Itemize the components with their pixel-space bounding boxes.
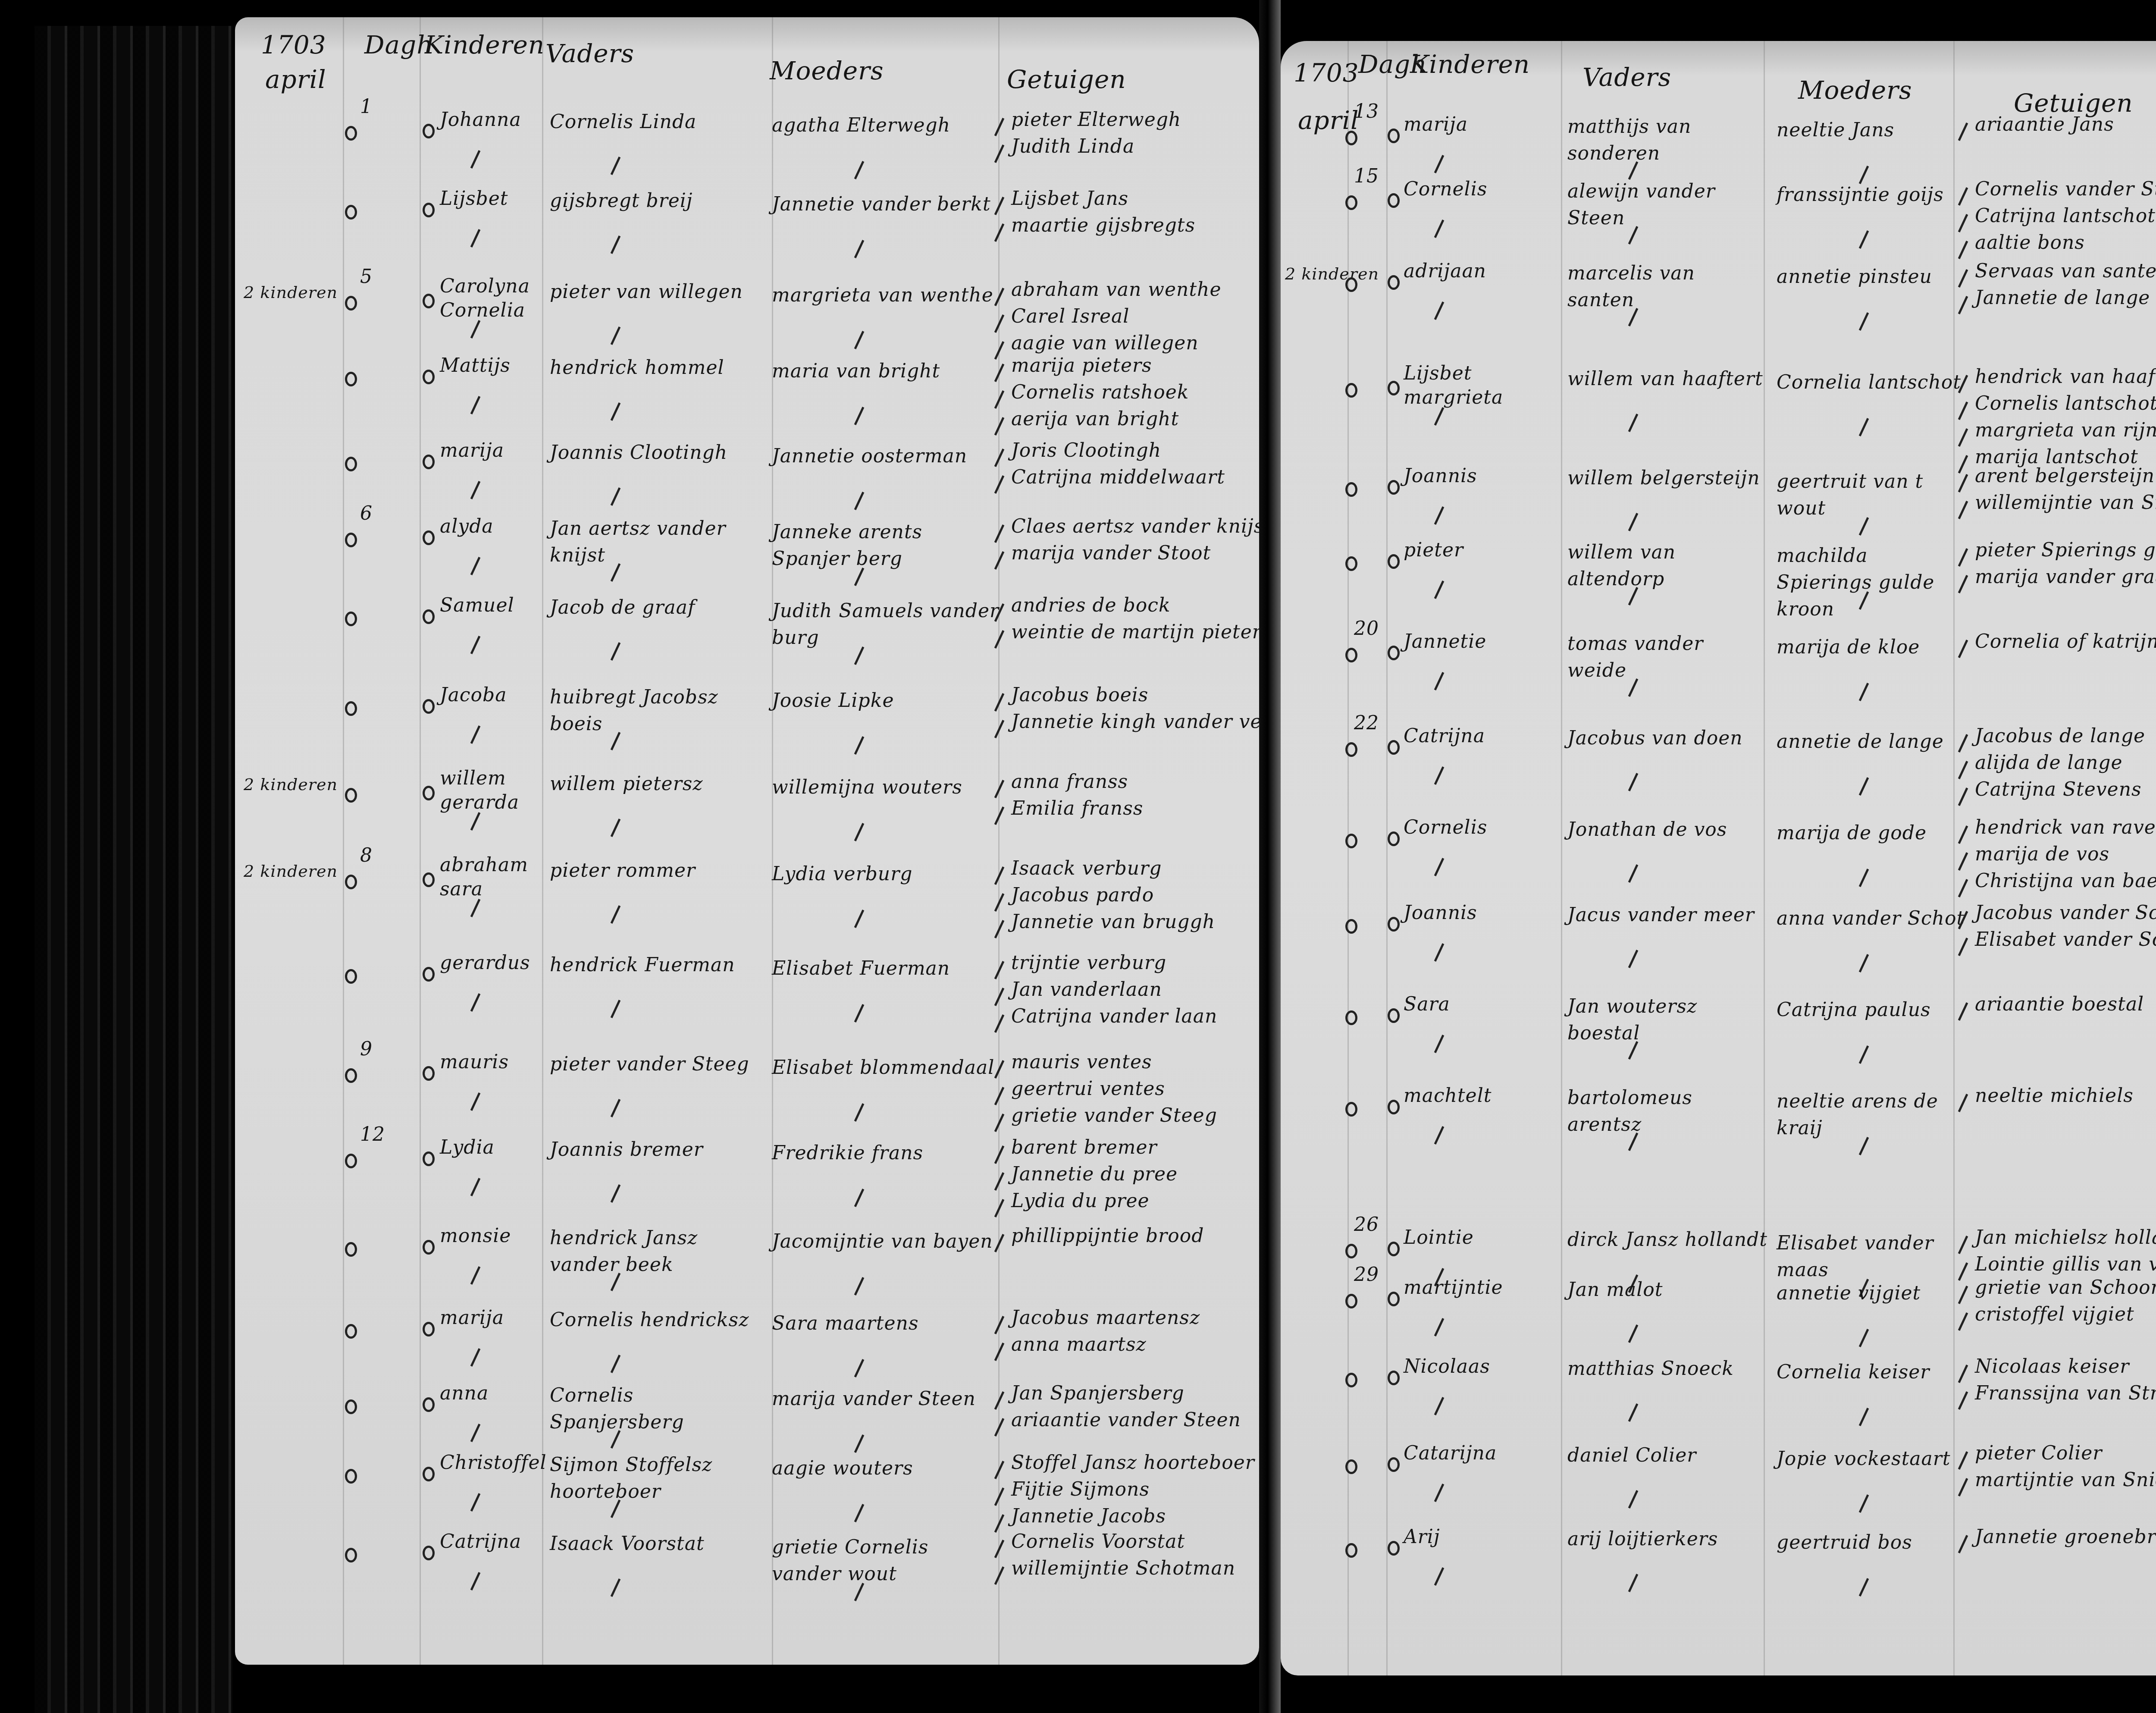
child-name: Lijsbet <box>440 188 508 210</box>
tick-mark <box>1958 761 1968 779</box>
tick-mark <box>470 1493 481 1512</box>
bullet-mark <box>1388 1541 1400 1556</box>
tick-mark <box>470 320 481 339</box>
header-day: Dagh <box>364 30 433 60</box>
mother-name: Jacomijntie van bayen <box>772 1228 993 1255</box>
bullet-mark <box>345 1548 357 1562</box>
witness-name: marija pieters <box>1011 355 1152 376</box>
bullet-mark <box>1345 1373 1357 1387</box>
bullet-mark <box>1345 131 1357 145</box>
witness-name: Jannetie van bruggh <box>1011 911 1215 933</box>
tick-mark <box>1958 1286 1968 1304</box>
child-name: Arij <box>1404 1526 1440 1548</box>
bullet-mark <box>1388 1292 1400 1306</box>
header-witnesses: Getuigen <box>1007 65 1126 94</box>
child-name: Lydia <box>440 1136 495 1158</box>
tick-mark <box>1434 506 1445 525</box>
tick-mark <box>1434 672 1445 690</box>
father-name: marcelis van santen <box>1567 260 1768 314</box>
bullet-mark <box>423 1546 435 1560</box>
bullet-mark <box>1345 1459 1357 1474</box>
witness-name: hendrick van haaftert <box>1975 366 2156 388</box>
child-name: Carolyna Cornelia <box>440 274 535 323</box>
bullet-mark <box>1388 381 1400 395</box>
witness-name: Isaack verburg <box>1011 857 1162 879</box>
witness-name: aerija van bright <box>1011 408 1179 430</box>
tick-mark <box>854 1434 865 1453</box>
witness-name: ariaantie Jans <box>1975 113 2114 135</box>
mother-name: Cornelia lantschot <box>1777 369 1961 396</box>
mother-name: anna vander Schot <box>1777 905 1965 932</box>
tick-mark <box>1628 773 1639 791</box>
tick-mark <box>1958 241 1968 259</box>
tick-mark <box>1958 1451 1968 1470</box>
bullet-mark <box>345 1242 357 1257</box>
witness-name: Servaas van santen <box>1975 260 2156 282</box>
entry-day: 26 <box>1354 1214 1379 1236</box>
witness-name: Jannetie groenebroek <box>1975 1526 2156 1548</box>
header-year: 1703 <box>1294 58 1359 88</box>
witness-name: ariaantie boestal <box>1975 993 2144 1015</box>
tick-mark <box>1859 777 1869 796</box>
tick-mark <box>1859 1494 1869 1513</box>
tick-mark <box>611 487 621 506</box>
tick-mark <box>854 1004 865 1023</box>
column-rule <box>420 17 421 1665</box>
tick-mark <box>1434 1484 1445 1502</box>
child-name: anna <box>440 1382 489 1404</box>
child-name: Sara <box>1404 993 1450 1015</box>
witness-name: Lointie gillis van vliet <box>1975 1253 2156 1275</box>
column-rule <box>1561 41 1562 1675</box>
witness-name: Jannetie du pree <box>1011 1163 1178 1185</box>
mother-name: marija vander Steen <box>772 1386 976 1412</box>
child-name: Cornelis <box>1404 816 1487 838</box>
witness-name: Jacobus de lange <box>1975 725 2145 747</box>
entry-day: 13 <box>1354 100 1379 122</box>
witness-name: Nicolaas keiser <box>1975 1355 2129 1377</box>
witness-name: Joris Clootingh <box>1011 439 1161 461</box>
bullet-mark <box>345 1324 357 1339</box>
witness-name: ariaantie vander Steen <box>1011 1409 1241 1431</box>
tick-mark <box>611 819 621 837</box>
bullet-mark <box>423 1151 435 1166</box>
witness-name: hendrick van ravensberg <box>1975 816 2156 838</box>
margin-note: 2 kinderen <box>244 862 338 881</box>
child-name: Christoffel <box>440 1452 547 1474</box>
entry-day: 15 <box>1354 165 1379 187</box>
mother-name: neeltie Jans <box>1777 117 1894 144</box>
tick-mark <box>1859 869 1869 887</box>
tick-mark <box>1859 683 1869 701</box>
mother-name: Jannetie oosterman <box>772 443 967 470</box>
tick-mark <box>1434 1567 1445 1586</box>
witness-name: Claes aertsz vander knijst <box>1011 515 1259 537</box>
father-name: daniel Colier <box>1567 1442 1696 1469</box>
bullet-mark <box>345 788 357 803</box>
mother-name: geertruit van t wout <box>1777 468 1966 522</box>
tick-mark <box>854 1103 865 1122</box>
mother-name: Jannetie vander berkt <box>772 191 991 218</box>
tick-mark <box>470 1266 481 1285</box>
tick-mark <box>1958 428 1968 447</box>
witness-name: cristoffel vijgiet <box>1975 1303 2134 1325</box>
book-binding-left <box>34 26 233 1713</box>
header-child: Kinderen <box>1410 50 1530 79</box>
tick-mark <box>854 331 865 349</box>
tick-mark <box>1958 1391 1968 1410</box>
header-father: Vaders <box>545 39 634 68</box>
witness-name: Cornelis lantschot <box>1975 392 2156 414</box>
bullet-mark <box>423 124 435 138</box>
bullet-mark <box>1345 1102 1357 1117</box>
witness-name: martijntie van Snider vliet <box>1975 1469 2156 1491</box>
child-name: adrijaan <box>1404 260 1486 282</box>
child-name: Jannetie <box>1404 631 1486 653</box>
tick-mark <box>470 1178 481 1196</box>
witness-name: Cornelia of katrijna vander weide <box>1975 631 2156 653</box>
mother-name: marija de kloe <box>1777 634 1920 661</box>
left-page: 1703 april Dagh Kinderen Vaders Moeders … <box>235 17 1259 1665</box>
bullet-mark <box>1345 556 1357 571</box>
bullet-mark <box>345 1399 357 1414</box>
tick-mark <box>470 150 481 169</box>
bullet-mark <box>345 1469 357 1484</box>
tick-mark <box>1958 787 1968 806</box>
tick-mark <box>1434 220 1445 238</box>
tick-mark <box>854 240 865 258</box>
tick-mark <box>1859 1045 1869 1064</box>
bullet-mark <box>1345 1010 1357 1025</box>
header-month: april <box>265 65 326 94</box>
bullet-mark <box>1345 277 1357 292</box>
tick-mark <box>1958 122 1968 141</box>
child-name: alyda <box>440 515 494 537</box>
mother-name: Lydia verburg <box>772 861 912 888</box>
bullet-mark <box>1388 740 1400 755</box>
witness-name: Stoffel Jansz hoorteboer <box>1011 1452 1255 1474</box>
mother-name: Elisabet Fuerman <box>772 955 950 982</box>
bullet-mark <box>1388 554 1400 569</box>
witness-name: anna maartsz <box>1011 1333 1147 1355</box>
witness-name: Jacobus boeis <box>1011 684 1148 706</box>
tick-mark <box>1628 1324 1639 1343</box>
witness-name: Catrijna middelwaart <box>1011 466 1225 488</box>
book-gutter <box>1259 0 1281 1713</box>
father-name: Jonathan de vos <box>1567 816 1727 843</box>
bullet-mark <box>1345 834 1357 848</box>
tick-mark <box>854 1277 865 1296</box>
child-name: gerardus <box>440 952 530 974</box>
tick-mark <box>1859 1329 1869 1347</box>
father-name: Jacob de graaf <box>550 594 695 621</box>
witness-name: pieter Elterwegh <box>1011 109 1181 131</box>
father-name: dirck Jansz hollandt <box>1567 1227 1767 1253</box>
bullet-mark <box>345 296 357 311</box>
tick-mark <box>1958 734 1968 753</box>
child-name: Johanna <box>440 109 521 131</box>
tick-mark <box>470 993 481 1012</box>
mother-name: Joosie Lipke <box>772 687 894 714</box>
witness-name: maartie gijsbregts <box>1011 214 1195 236</box>
father-name: matthias Snoeck <box>1567 1355 1734 1382</box>
mother-name: Elisabet blommendaal <box>772 1054 994 1081</box>
right-page: 1703 april Dagh Kinderen Vaders Moeders … <box>1281 41 2156 1675</box>
witness-name: grietie van Schoonhoven <box>1975 1277 2156 1299</box>
tick-mark <box>1859 1408 1869 1426</box>
tick-mark <box>1958 879 1968 897</box>
father-name: alewijn vander Steen <box>1567 178 1768 232</box>
column-rule <box>542 17 543 1665</box>
witness-name: Jan Spanjersberg <box>1011 1382 1185 1404</box>
bullet-mark <box>423 699 435 714</box>
child-name: abraham sara <box>440 853 535 901</box>
bullet-mark <box>1388 831 1400 846</box>
father-name: Jan malot <box>1567 1277 1663 1303</box>
bullet-mark <box>423 1397 435 1412</box>
father-name: Joannis Clootingh <box>550 439 727 466</box>
tick-mark <box>1628 1490 1639 1509</box>
tick-mark <box>1434 407 1445 426</box>
mother-name: annetie pinsteu <box>1777 264 1932 290</box>
column-rule <box>772 17 773 1665</box>
bullet-mark <box>345 205 357 220</box>
bullet-mark <box>1345 742 1357 757</box>
father-name: pieter rommer <box>550 857 696 884</box>
column-rule <box>1386 41 1388 1675</box>
mother-name: grietie Cornelis vander wout <box>772 1534 1003 1588</box>
father-name: bartolomeus arentsz <box>1567 1085 1768 1138</box>
bullet-mark <box>423 786 435 800</box>
mother-name: Judith Samuels vander burg <box>772 598 1003 651</box>
tick-mark <box>611 1355 621 1373</box>
bullet-mark <box>345 1068 357 1083</box>
mother-name: geertruid bos <box>1777 1529 1912 1556</box>
father-name: Jan aertsz vander knijst <box>550 515 763 569</box>
bullet-mark <box>345 372 357 386</box>
tick-mark <box>611 642 621 661</box>
bullet-mark <box>423 294 435 308</box>
child-name: willem gerarda <box>440 766 535 815</box>
tick-mark <box>470 812 481 831</box>
tick-mark <box>611 326 621 345</box>
child-name: machtelt <box>1404 1085 1492 1107</box>
witness-name: aaltie bons <box>1975 232 2085 254</box>
witness-name: Cornelis ratshoek <box>1011 381 1189 403</box>
bullet-mark <box>1345 383 1357 398</box>
father-name: pieter van willegen <box>550 279 743 305</box>
entry-day: 9 <box>360 1038 373 1060</box>
witness-name: alijda de lange <box>1975 752 2122 774</box>
witness-name: Catrijna Stevens <box>1975 778 2142 800</box>
entry-day: 29 <box>1354 1264 1379 1286</box>
witness-name: Franssijna van Straten <box>1975 1382 2156 1404</box>
tick-mark <box>1958 1365 1968 1383</box>
witness-name: Carel Isreal <box>1011 305 1129 327</box>
header-mother: Moeders <box>770 56 884 85</box>
child-name: marija <box>1404 113 1468 135</box>
tick-mark <box>470 725 481 744</box>
bullet-mark <box>1388 1457 1400 1472</box>
mother-name: Catrijna paulus <box>1777 997 1931 1023</box>
tick-mark <box>1958 1002 1968 1021</box>
tick-mark <box>470 396 481 414</box>
witness-name: abraham van wenthe <box>1011 279 1221 301</box>
tick-mark <box>1958 1535 1968 1553</box>
bullet-mark <box>1388 1008 1400 1023</box>
bullet-mark <box>345 612 357 626</box>
father-name: Jan woutersz boestal <box>1567 993 1768 1047</box>
child-name: Samuel <box>440 594 514 616</box>
witness-name: Jan vanderlaan <box>1011 979 1162 1001</box>
mother-name: annetie vijgiet <box>1777 1280 1921 1307</box>
mother-name: maria van bright <box>772 358 940 385</box>
tick-mark <box>1958 825 1968 844</box>
father-name: Joannis bremer <box>550 1136 703 1163</box>
bullet-mark <box>1388 480 1400 495</box>
mother-name: machilda Spierings gulde kroon <box>1777 543 1966 623</box>
tick-mark <box>1434 155 1445 173</box>
tick-mark <box>470 636 481 654</box>
mother-name: franssijntie goijs <box>1777 182 1944 208</box>
tick-mark <box>1628 864 1639 883</box>
witness-name: Emilia franss <box>1011 797 1143 819</box>
father-name: Isaack Voorstat <box>550 1531 705 1557</box>
tick-mark <box>1859 312 1869 331</box>
child-name: Lijsbet margrieta <box>1404 361 1498 410</box>
bullet-mark <box>423 609 435 624</box>
tick-mark <box>470 1424 481 1442</box>
witness-name: marija de vos <box>1975 843 2109 865</box>
witness-name: phillippijntie brood <box>1011 1225 1204 1247</box>
bullet-mark <box>423 1240 435 1255</box>
child-name: Catrijna <box>440 1531 521 1553</box>
witness-name: Catrijna lantschot <box>1975 205 2156 227</box>
witness-name: andries de bock <box>1011 594 1171 616</box>
witness-name: Cornelis vander Steen <box>1975 178 2156 200</box>
mother-name: Fredrikie frans <box>772 1140 923 1167</box>
bullet-mark <box>345 533 357 547</box>
tick-mark <box>611 1000 621 1018</box>
margin-note: 2 kinderen <box>244 283 338 302</box>
bullet-mark <box>345 457 357 471</box>
bullet-mark <box>423 1322 435 1337</box>
child-name: Lointie <box>1404 1227 1474 1249</box>
mother-name: agatha Elterwegh <box>772 112 950 139</box>
bullet-mark <box>345 969 357 984</box>
witness-name: Judith Linda <box>1011 135 1134 157</box>
witness-name: Jan michielsz hollandt <box>1975 1227 2156 1249</box>
column-rule <box>998 17 1000 1665</box>
tick-mark <box>1958 1478 1968 1497</box>
witness-name: Catrijna vander laan <box>1011 1005 1217 1027</box>
witness-name: geertrui ventes <box>1011 1078 1165 1100</box>
witness-name: Lijsbet Jans <box>1011 188 1128 210</box>
tick-mark <box>1434 580 1445 599</box>
entry-day: 12 <box>360 1123 385 1145</box>
mother-name: Elisabet vander maas <box>1777 1230 1966 1283</box>
tick-mark <box>1628 950 1639 968</box>
child-name: pieter <box>1404 539 1463 561</box>
bullet-mark <box>1388 646 1400 660</box>
tick-mark <box>854 910 865 928</box>
witness-name: marija vander Stoot <box>1011 542 1211 564</box>
bullet-mark <box>345 701 357 716</box>
bullet-mark <box>1345 482 1357 497</box>
witness-name: willemijntie van Sitteren <box>1975 492 2156 514</box>
child-name: Joannis <box>1404 902 1477 924</box>
mother-name: Cornelia keiser <box>1777 1359 1930 1386</box>
entry-day: 8 <box>360 844 373 866</box>
entry-day: 22 <box>1354 712 1379 734</box>
tick-mark <box>1958 296 1968 314</box>
bullet-mark <box>423 455 435 469</box>
child-name: Jacoba <box>440 684 507 706</box>
bullet-mark <box>1388 917 1400 932</box>
witness-name: Jacobus vander Schot <box>1975 902 2156 924</box>
header-child: Kinderen <box>425 30 545 60</box>
father-name: gijsbregt breij <box>550 188 693 214</box>
tick-mark <box>1434 301 1445 320</box>
bullet-mark <box>423 1066 435 1081</box>
tick-mark <box>1859 418 1869 436</box>
tick-mark <box>854 1359 865 1377</box>
child-name: Catrijna <box>1404 725 1485 747</box>
tick-mark <box>1434 1126 1445 1145</box>
bullet-mark <box>1345 648 1357 662</box>
tick-mark <box>611 235 621 254</box>
entry-day: 1 <box>360 96 373 118</box>
witness-name: neeltie michiels <box>1975 1085 2134 1107</box>
tick-mark <box>1859 954 1869 973</box>
child-name: monsie <box>440 1225 511 1247</box>
witness-name: Fijtie Sijmons <box>1011 1478 1150 1500</box>
mother-name: aagie wouters <box>772 1455 913 1482</box>
tick-mark <box>854 161 865 179</box>
father-name: hendrick Jansz vander beek <box>550 1225 763 1278</box>
tick-mark <box>611 1099 621 1117</box>
tick-mark <box>1958 269 1968 288</box>
tick-mark <box>1628 513 1639 531</box>
bullet-mark <box>1388 275 1400 290</box>
tick-mark <box>470 1572 481 1591</box>
father-name: huibregt Jacobsz boeis <box>550 684 763 737</box>
tick-mark <box>470 481 481 499</box>
tick-mark <box>854 1189 865 1207</box>
tick-mark <box>611 402 621 421</box>
tick-mark <box>854 823 865 841</box>
tick-mark <box>1434 1035 1445 1053</box>
tick-mark <box>470 899 481 917</box>
father-name: willem van altendorp <box>1567 539 1768 593</box>
witness-name: marija vander graaff <box>1975 566 2156 588</box>
bullet-mark <box>1345 195 1357 210</box>
tick-mark <box>1958 187 1968 206</box>
tick-mark <box>1434 1397 1445 1415</box>
child-name: Cornelis <box>1404 178 1487 200</box>
header-father: Vaders <box>1583 63 1671 92</box>
tick-mark <box>470 229 481 248</box>
witness-name: Elisabet vander Schot <box>1975 929 2156 951</box>
child-name: marija <box>440 439 504 461</box>
witness-name: Jannetie de lange <box>1975 287 2150 309</box>
father-name: willem pietersz <box>550 771 703 797</box>
bullet-mark <box>1388 1100 1400 1114</box>
father-name: willem van haaftert <box>1567 366 1763 392</box>
witness-name: grietie vander Steeg <box>1011 1104 1217 1126</box>
witness-name: Cornelis Voorstat <box>1011 1531 1185 1553</box>
bullet-mark <box>1345 1543 1357 1558</box>
